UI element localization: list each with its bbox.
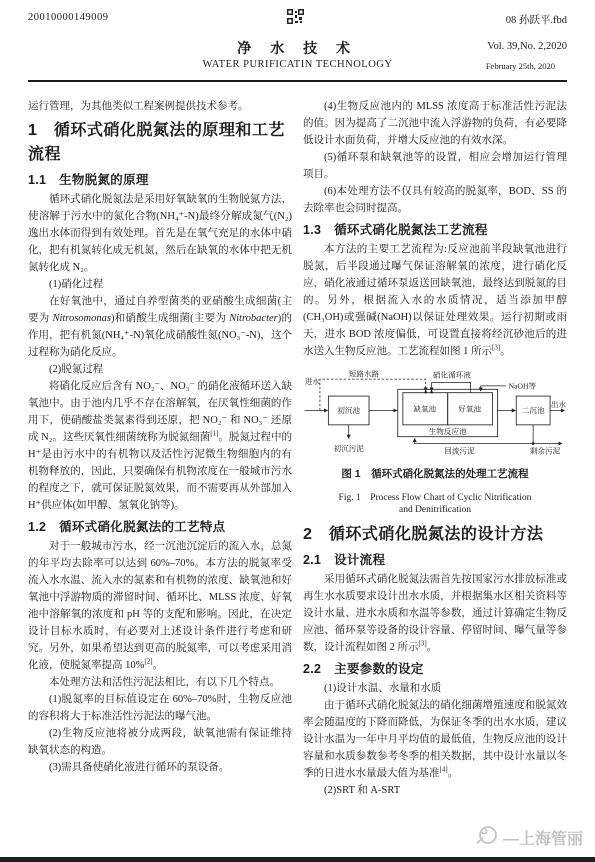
recycle-label: 硝化循环液 bbox=[433, 369, 471, 379]
para-feature-4: (4)生物反应池内的 MLSS 浓度高于标准活性污泥法的值。因为提高了二沉池中流… bbox=[303, 98, 567, 149]
heading-section-1-1: 1.1 生物脱氮的原理 bbox=[28, 171, 292, 189]
para-param2-title: (2)SRT 和 A-SRT bbox=[303, 782, 567, 799]
publication-date: February 25th, 2020 bbox=[486, 61, 555, 71]
naoh-label: NaOH等 bbox=[509, 380, 537, 390]
influent-label: 进水 bbox=[305, 376, 321, 386]
para-feature-5: (5)循环泵和缺氧池等的设置，相应会增加运行管理项目。 bbox=[303, 149, 567, 183]
article-body: 运行管理，为其他类似工程案例提供技术参考。 1 循环式硝化脱氮法的原理和工艺流程… bbox=[0, 92, 595, 799]
para-bio-principle: 循环式硝化脱氮法是采用好氧缺氧的生物脱氮方法，使溶解于污水中的氮化合物(NH₄⁺… bbox=[28, 191, 292, 276]
figure-1-caption-en: Fig. 1 Process Flow Chart of Cyclic Nitr… bbox=[303, 492, 567, 517]
anoxic-tank-label: 缺氧池 bbox=[413, 403, 436, 413]
heading-section-2: 2 循环式硝化脱氮法的设计方法 bbox=[303, 523, 567, 547]
figure-1-caption-cn: 图 1 循环式硝化脱氮法的处理工艺流程 bbox=[303, 467, 567, 481]
page-header: 20010000149009 08 孙跃平.fbd 净 水 技 术 WATER … bbox=[0, 0, 595, 92]
watermark-logo-icon bbox=[474, 823, 500, 852]
heading-section-1-2: 1.2 循环式硝化脱氮法的工艺特点 bbox=[28, 518, 292, 536]
para-param1-body: 由于循环式硝化脱氮法的硝化细菌增殖速度和脱氮效率会随温度的下降而降低，为保证冬季… bbox=[303, 697, 567, 782]
para-param1-title: (1)设计水温、水量和水质 bbox=[303, 680, 567, 697]
watermark: —上海管丽 bbox=[474, 823, 583, 852]
secondary-tank-label: 二沉池 bbox=[522, 405, 545, 415]
para-feature-1: (1)脱氮率的目标值设定在 60%–70%时，生物反应池的容积将大于标准活性污泥… bbox=[28, 691, 292, 725]
effluent-label: 出水 bbox=[551, 399, 567, 409]
heading-section-2-1: 2.1 设计流程 bbox=[303, 551, 567, 569]
doc-number: 20010000149009 bbox=[28, 12, 109, 23]
right-column: (4)生物反应池内的 MLSS 浓度高于标准活性污泥法的值。因为提高了二沉池中流… bbox=[303, 98, 567, 799]
para-nitrify-title: (1)硝化过程 bbox=[28, 276, 292, 293]
bio-reactor-label: 生物反应池 bbox=[429, 426, 467, 436]
para-features-intro: 对于一般城市污水，经一沉池沉淀后的流入水，总氮的年平均去除率可以达到 60%–7… bbox=[28, 538, 292, 674]
para-design-flow: 采用循环式硝化脱氮法需首先按国家污水排放标准或再生水水质要求设计出水水质，并根据… bbox=[303, 571, 567, 656]
para-intro-tail: 运行管理，为其他类似工程案例提供技术参考。 bbox=[28, 98, 292, 115]
header-rule bbox=[28, 80, 567, 82]
file-label: 08 孙跃平.fbd bbox=[506, 12, 567, 27]
para-feature-3: (3)需具备使硝化液进行循环的泵设备。 bbox=[28, 759, 292, 776]
watermark-text: —上海管丽 bbox=[503, 826, 583, 849]
para-process-flow: 本方法的主要工艺流程为:反应池前半段缺氧池进行脱氮，后半段通过曝气保证溶解氧的浓… bbox=[303, 241, 567, 360]
para-denitrify-title: (2)脱氮过程 bbox=[28, 361, 292, 378]
para-denitrify-body: 将硝化反应后含有 NO₂⁻、NO₃⁻ 的硝化液循环送入缺氧池中。由于池内几乎不存… bbox=[28, 378, 292, 514]
qr-code-icon bbox=[287, 9, 304, 29]
figure-1-caption-en-line1: Fig. 1 Process Flow Chart of Cyclic Nitr… bbox=[339, 493, 532, 503]
primary-tank-label: 初沉池 bbox=[337, 405, 360, 415]
figure-1-caption-en-line2: and Denitrification bbox=[399, 505, 471, 515]
volume-issue: Vol. 39,No. 2,2020 bbox=[487, 41, 567, 52]
para-feature-6: (6)本处理方法不仅具有较高的脱氮率，BOD、SS 的去除率也会同时提高。 bbox=[303, 183, 567, 217]
bottom-bar bbox=[0, 857, 595, 862]
para-nitrify-body: 在好氧池中，通过自养型菌类的亚硝酸生成细菌(主要为 Nitrosomonas)和… bbox=[28, 293, 292, 361]
para-feature-2: (2)生物反应池将被分成两段，缺氧池需有保证维持缺氧状态的构造。 bbox=[28, 725, 292, 759]
aerobic-tank-label: 好氧池 bbox=[458, 403, 481, 413]
return-sludge-label: 回流污泥 bbox=[444, 446, 475, 456]
figure-1-flow-diagram: 进水 短路水路 硝化循环液 NaOH等 初沉池 缺氧池 好氧池 二沉池 出水 初… bbox=[303, 369, 567, 462]
journal-page: 20010000149009 08 孙跃平.fbd 净 水 技 术 WATER … bbox=[0, 0, 595, 862]
left-column: 运行管理，为其他类似工程案例提供技术参考。 1 循环式硝化脱氮法的原理和工艺流程… bbox=[28, 98, 292, 776]
heading-section-2-2: 2.2 主要参数的设定 bbox=[303, 660, 567, 678]
para-features-lead: 本处理方法和活性污泥法相比，有以下几个特点。 bbox=[28, 674, 292, 691]
excess-sludge-label: 剩余污泥 bbox=[530, 446, 561, 456]
primary-sludge-label: 初沉污泥 bbox=[333, 443, 364, 453]
heading-section-1: 1 循环式硝化脱氮法的原理和工艺流程 bbox=[28, 119, 292, 167]
short-circuit-label: 短路水路 bbox=[349, 369, 380, 379]
heading-section-1-3: 1.3 循环式硝化脱氮法工艺流程 bbox=[303, 221, 567, 239]
